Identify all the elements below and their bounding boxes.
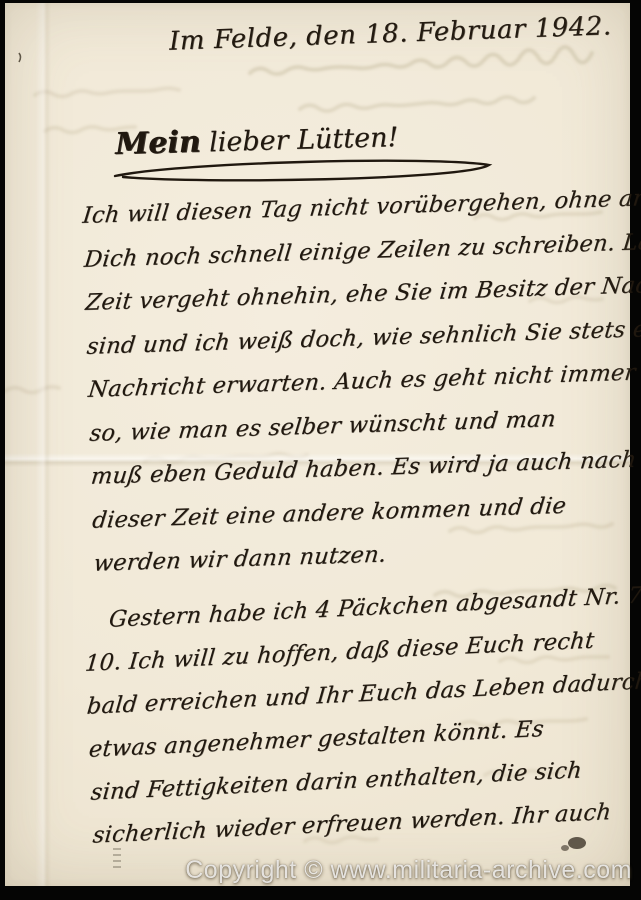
copyright-watermark: Copyright © www.militaria-archive.com: [185, 856, 632, 885]
paragraph-1: Ich will diesen Tag nicht vorübergehen, …: [79, 178, 639, 587]
paragraph-2: Gestern habe ich 4 Päckchen abgesandt Nr…: [79, 575, 638, 858]
letter-paper: Im Felde, den 18. Februar 1942. Mein lie…: [5, 3, 630, 886]
fold-crease-vertical: [35, 3, 51, 886]
scanned-letter: Im Felde, den 18. Februar 1942. Mein lie…: [0, 0, 641, 900]
